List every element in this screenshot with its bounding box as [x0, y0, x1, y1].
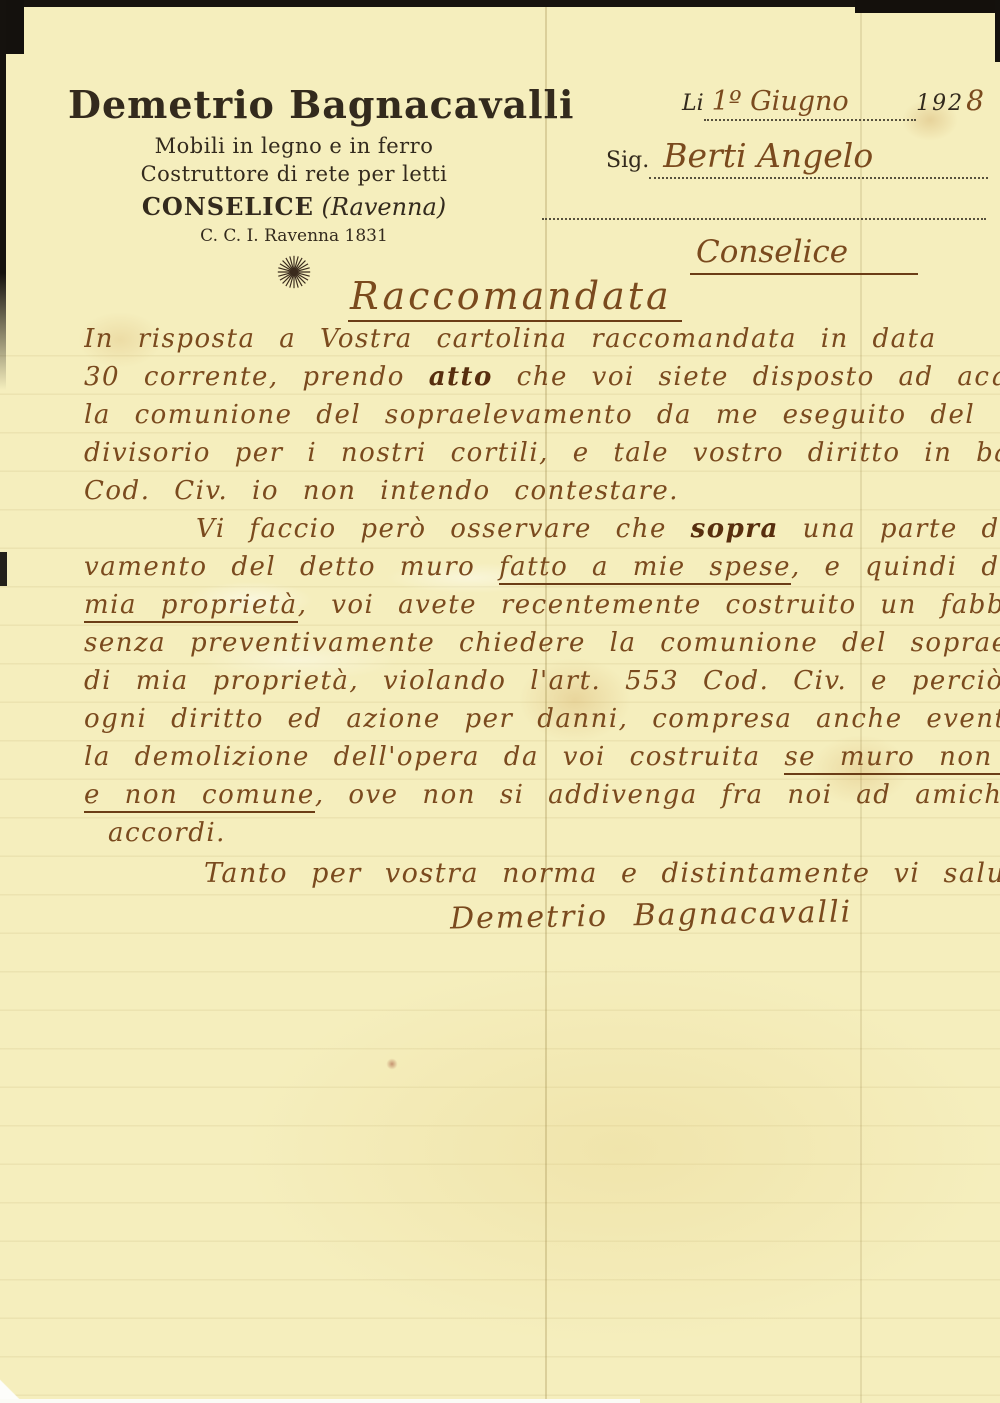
letter-body-line: Vi faccio però osservare che sopra una p…: [84, 510, 1000, 548]
text-segment: Vi faccio però osservare che: [196, 514, 691, 544]
scan-edge-bottom: [0, 1399, 640, 1403]
letter-body-line: ogni diritto ed azione per danni, compre…: [84, 700, 1000, 738]
scan-corner-bottom-left: [0, 1369, 34, 1403]
addressee-printed-prefix: Sig.: [606, 148, 649, 173]
letterhead-subtitle-1: Mobili in legno e in ferro: [68, 134, 520, 158]
text-segment: ogni diritto ed azione per danni, compre…: [84, 704, 1000, 734]
text-segment: una parte del soprae: [779, 514, 1000, 544]
letterhead-subtitle-2: Costruttore di rete per letti: [68, 162, 520, 186]
letter-body-line: In risposta a Vostra cartolina raccomand…: [84, 320, 1000, 358]
letter-body-line: accordi.: [84, 814, 1000, 852]
handwritten-year-digit: 8: [966, 84, 984, 117]
letter-body-line: vamento del detto muro fatto a mie spese…: [84, 548, 1000, 586]
letter-heading: Raccomandata: [348, 274, 682, 318]
letterhead-city: CONSELICE: [142, 192, 314, 221]
scanned-letter-page: Demetrio Bagnacavalli Mobili in legno e …: [0, 0, 1000, 1403]
text-segment: che voi siete disposto ad acquistar: [493, 362, 1000, 392]
letter-body-line: divisorio per i nostri cortili, e tale v…: [84, 434, 1000, 472]
handwritten-date: 1º Giugno: [704, 86, 917, 121]
letter-body: In risposta a Vostra cartolina raccomand…: [84, 320, 1000, 852]
letterhead-city-line: CONSELICE (Ravenna): [68, 192, 520, 221]
letter-body-line: la demolizione dell'opera da voi costrui…: [84, 738, 1000, 776]
handwritten-signature: Demetrio Bagnacavalli: [450, 894, 853, 936]
text-segment: e non comune: [84, 780, 315, 813]
letter-body-line: Cod. Civ. io non intendo contestare.: [84, 472, 1000, 510]
text-segment: , ove non si addivenga fra noi ad amiche…: [315, 780, 1000, 810]
handwritten-addressee-name: Berti Angelo: [649, 136, 988, 179]
text-segment: atto: [429, 362, 493, 392]
addressee-line: Sig. Berti Angelo: [606, 136, 988, 179]
text-segment: , e quindi di: [791, 552, 1000, 582]
text-segment: sopra: [691, 514, 779, 544]
letter-body-line: mia proprietà, voi avete recentemente co…: [84, 586, 1000, 624]
letter-body-line: di mia proprietà, violando l'art. 553 Co…: [84, 662, 1000, 700]
letter-body-line: e non comune, ove non si addivenga fra n…: [84, 776, 1000, 814]
letterhead-registry: C. C. I. Ravenna 1831: [68, 226, 520, 246]
blank-dotted-line: [542, 202, 986, 220]
scan-edge-left: [0, 0, 6, 390]
text-segment: senza preventivamente chiedere la comuni…: [84, 628, 1000, 658]
text-segment: mia proprietà: [84, 590, 298, 623]
text-segment: la demolizione dell'opera da voi costrui…: [84, 742, 784, 772]
letter-body-line: 30 corrente, prendo atto che voi siete d…: [84, 358, 1000, 396]
text-segment: In risposta a Vostra cartolina raccomand…: [84, 324, 937, 354]
text-segment: se muro non v: [784, 742, 1000, 775]
text-segment: la comunione del sopraelevamento da me e…: [84, 400, 1000, 430]
text-segment: divisorio per i nostri cortili, e tale v…: [84, 438, 1000, 468]
scan-edge-top-right: [855, 0, 1000, 13]
handwritten-place: Conselice: [690, 234, 918, 275]
letter-body-line: la comunione del sopraelevamento da me e…: [84, 396, 1000, 434]
letterhead-company-name: Demetrio Bagnacavalli: [68, 82, 520, 127]
place-line: Conselice: [690, 234, 918, 270]
text-segment: vamento del detto muro: [84, 552, 499, 582]
signature-line: Demetrio Bagnacavalli: [450, 898, 852, 933]
date-line: Li 1º Giugno 192 8: [682, 84, 984, 121]
scan-edge-right: [995, 0, 1000, 62]
date-printed-prefix: Li: [682, 91, 704, 116]
date-printed-year: 192: [916, 91, 964, 116]
letter-body-line: senza preventivamente chiedere la comuni…: [84, 624, 1000, 662]
scan-mark-left: [0, 552, 7, 586]
text-segment: 30 corrente, prendo: [84, 362, 429, 392]
text-segment: accordi.: [108, 818, 226, 848]
scan-edge-top: [0, 0, 1000, 7]
closing-text: Tanto per vostra norma e distintamente v…: [84, 858, 1000, 889]
text-segment: Cod. Civ. io non intendo contestare.: [84, 476, 679, 506]
letterhead-province: (Ravenna): [322, 193, 447, 221]
text-segment: fatto a mie spese: [499, 552, 791, 585]
letterhead: Demetrio Bagnacavalli Mobili in legno e …: [68, 82, 520, 294]
heading-title: Raccomandata: [348, 274, 682, 322]
text-segment: , voi avete recentemente costruito un fa…: [298, 590, 1000, 620]
text-segment: di mia proprietà, violando l'art. 553 Co…: [84, 666, 1000, 696]
closing-line: Tanto per vostra norma e distintamente v…: [84, 858, 1000, 889]
